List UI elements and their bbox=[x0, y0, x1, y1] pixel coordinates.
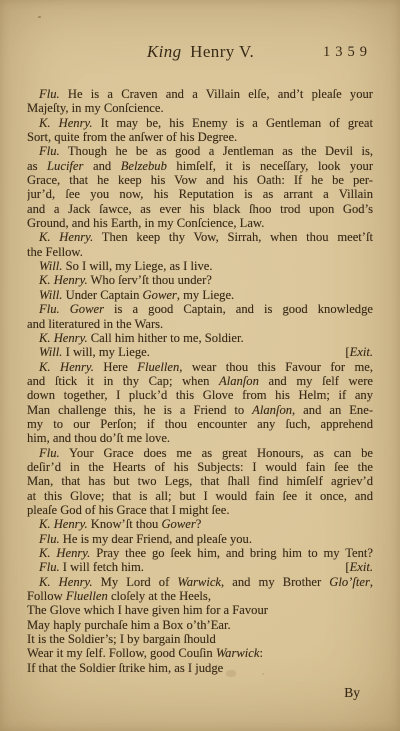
roman-text: : bbox=[259, 646, 263, 660]
italic-text: K. Henry. bbox=[39, 517, 88, 531]
speech-text: Will. I will, my Liege. bbox=[39, 345, 150, 359]
stage-direction-exit: [Exit. bbox=[345, 560, 373, 574]
paper-speck bbox=[38, 16, 41, 18]
roman-text: Under Captain bbox=[62, 288, 142, 302]
roman-text: and a Jack ſawce, as ever his black ſhoo… bbox=[27, 202, 373, 216]
roman-text: Your Grace does me as great Honours, as … bbox=[60, 446, 373, 460]
text-line: K. Henry. My Lord of Warwick, and my Bro… bbox=[27, 575, 373, 589]
roman-text: , bbox=[370, 575, 373, 589]
text-line: him, and thou do’ſt me love. bbox=[27, 431, 373, 445]
italic-text: Exit. bbox=[350, 560, 373, 574]
text-line: K. Henry. It may be, his Enemy is a Gent… bbox=[27, 116, 373, 130]
text-line: Sort, quite from the anſwer of his Degre… bbox=[27, 130, 373, 144]
paper-speck bbox=[110, 666, 113, 668]
roman-text: Ground, and his Earth, in my Conſcience,… bbox=[27, 216, 264, 230]
text-line: Flu. He is a Craven and a Villain elſe, … bbox=[27, 87, 373, 101]
text-line: Wear it my ſelf. Follow, good Couſin War… bbox=[27, 646, 373, 660]
text-line: Man challenge this, he is a Friend to Al… bbox=[27, 403, 373, 417]
roman-text: and bbox=[83, 159, 120, 173]
roman-text: Man, that has but two Legs, that ſhall f… bbox=[27, 474, 373, 488]
roman-text: So I will, my Liege, as I live. bbox=[62, 259, 212, 273]
roman-text: , and an Ene- bbox=[292, 403, 373, 417]
text-line: K. Henry. Then keep thy Vow, Sirrah, whe… bbox=[27, 230, 373, 244]
roman-text: Wear it my ſelf. Follow, good Couſin bbox=[27, 646, 216, 660]
page-header: King Henry V. 1359 bbox=[27, 42, 374, 64]
text-line: Flu. I will fetch him.[Exit. bbox=[27, 560, 373, 574]
text-line: Flu. Though he be as good a Jentleman as… bbox=[27, 144, 373, 158]
roman-text: is a good Captain, and is good knowledge bbox=[104, 302, 373, 316]
roman-text: Call him hither to me, Soldier. bbox=[88, 331, 244, 345]
roman-text: him, and thou do’ſt me love. bbox=[27, 431, 170, 445]
roman-text: Here bbox=[94, 360, 137, 374]
roman-text: I will, my Liege. bbox=[62, 345, 149, 359]
italic-text: K. Henry. bbox=[39, 360, 94, 374]
italic-text: Lucifer bbox=[47, 159, 83, 173]
roman-text: Follow bbox=[27, 589, 66, 603]
roman-text: He is my dear Friend, and pleaſe you. bbox=[60, 532, 252, 546]
text-line: K. Henry. Call him hither to me, Soldier… bbox=[27, 331, 373, 345]
roman-text: down together, I pluck’d this Glove from… bbox=[27, 388, 373, 402]
text-line: May haply purchaſe him a Box o’th’Ear. bbox=[27, 618, 373, 632]
text-line: Flu. He is my dear Friend, and pleaſe yo… bbox=[27, 532, 373, 546]
italic-text: K. Henry. bbox=[39, 116, 93, 130]
roman-text: , wear thou this Favour for me, bbox=[179, 360, 373, 374]
text-line: and ſtick it in thy Cap; when Alanſon an… bbox=[27, 374, 373, 388]
roman-text: himſelf, it is neceſſary, look your bbox=[167, 159, 373, 173]
paper-speck bbox=[262, 673, 264, 675]
roman-text: pleaſe God of his Grace that I might ſee… bbox=[27, 503, 229, 517]
roman-text: If that the Soldier ſtrike him, as I jud… bbox=[27, 661, 223, 675]
italic-text: Warwick bbox=[216, 646, 260, 660]
italic-text: Will. bbox=[39, 345, 62, 359]
roman-text: and my ſelf were bbox=[259, 374, 373, 388]
italic-text: Flu. bbox=[39, 560, 60, 574]
roman-text: jur’d, ſee you now, his Reputation is as… bbox=[27, 187, 373, 201]
roman-text: , my Liege. bbox=[177, 288, 234, 302]
text-line: K. Henry. Here Fluellen, wear thou this … bbox=[27, 360, 373, 374]
text-line: and literatured in the Wars. bbox=[27, 317, 373, 331]
roman-text: My Lord of bbox=[93, 575, 178, 589]
roman-text: my to our Perſon; if thou encounter any … bbox=[27, 417, 373, 431]
text-line: Flu. Your Grace does me as great Honours… bbox=[27, 446, 373, 460]
italic-text: Exit. bbox=[350, 345, 373, 359]
text-line: If that the Soldier ſtrike him, as I jud… bbox=[27, 661, 373, 675]
roman-text: May haply purchaſe him a Box o’th’Ear. bbox=[27, 618, 231, 632]
text-line: The Glove which I have given him for a F… bbox=[27, 603, 373, 617]
text-line: my to our Perſon; if thou encounter any … bbox=[27, 417, 373, 431]
roman-text: Pray thee go ſeek him, and bring him to … bbox=[90, 546, 373, 560]
roman-text: at this Glove; that is all; but I would … bbox=[27, 489, 373, 503]
italic-text: Flu. bbox=[39, 87, 60, 101]
roman-text: deſir’d in the Hearts of his Subjects: I… bbox=[27, 460, 373, 474]
italic-text: Belzebub bbox=[121, 159, 167, 173]
italic-text: Flu. bbox=[39, 144, 60, 158]
roman-text: He is a Craven and a Villain elſe, and’t… bbox=[60, 87, 373, 101]
italic-text: Glo’ſter bbox=[329, 575, 370, 589]
catchword: By bbox=[344, 685, 360, 701]
italic-text: King bbox=[147, 42, 182, 61]
page-number: 1359 bbox=[323, 44, 372, 61]
italic-text: K. Henry. bbox=[39, 230, 93, 244]
roman-text: and ſtick it in thy Cap; when bbox=[27, 374, 219, 388]
text-line: K. Henry. Know’ſt thou Gower? bbox=[27, 517, 373, 531]
text-line: at this Glove; that is all; but I would … bbox=[27, 489, 373, 503]
text-line: pleaſe God of his Grace that I might ſee… bbox=[27, 503, 373, 517]
roman-text: the Fellow. bbox=[27, 245, 83, 259]
roman-text bbox=[60, 302, 70, 316]
italic-text: Fluellen bbox=[137, 360, 179, 374]
italic-text: K. Henry. bbox=[39, 273, 88, 287]
text-line: as Lucifer and Belzebub himſelf, it is n… bbox=[27, 159, 373, 173]
text-line: Flu. Gower is a good Captain, and is goo… bbox=[27, 302, 373, 316]
text-line: and a Jack ſawce, as ever his black ſhoo… bbox=[27, 202, 373, 216]
roman-text: The Glove which I have given him for a F… bbox=[27, 603, 268, 617]
paper-speck bbox=[226, 670, 236, 677]
roman-text: and literatured in the Wars. bbox=[27, 317, 163, 331]
italic-text: Alanſon bbox=[252, 403, 292, 417]
book-page-scan: King Henry V. 1359 Flu. He is a Craven a… bbox=[0, 0, 400, 731]
italic-text: Alanſon bbox=[219, 374, 259, 388]
italic-text: K. Henry. bbox=[39, 575, 93, 589]
text-line: Will. So I will, my Liege, as I live. bbox=[27, 259, 373, 273]
text-line: the Fellow. bbox=[27, 245, 373, 259]
italic-text: K. Henry. bbox=[39, 546, 90, 560]
text-line: It is the Soldier’s; I by bargain ſhould bbox=[27, 632, 373, 646]
italic-text: Gower bbox=[161, 517, 195, 531]
italic-text: K. Henry. bbox=[39, 331, 88, 345]
roman-text: as bbox=[27, 159, 47, 173]
italic-text: Fluellen bbox=[66, 589, 108, 603]
roman-text: cloſely at the Heels, bbox=[108, 589, 211, 603]
italic-text: Will. bbox=[39, 288, 62, 302]
roman-text: ? bbox=[196, 517, 202, 531]
italic-text: Gower bbox=[143, 288, 177, 302]
roman-text: , and my Brother bbox=[221, 575, 329, 589]
text-line: jur’d, ſee you now, his Reputation is as… bbox=[27, 187, 373, 201]
roman-text: Then keep thy Vow, Sirrah, when thou mee… bbox=[93, 230, 373, 244]
roman-text: It is the Soldier’s; I by bargain ſhould bbox=[27, 632, 216, 646]
roman-text: Henry V. bbox=[186, 42, 255, 61]
text-line: Grace, that he keep his Vow and his Oath… bbox=[27, 173, 373, 187]
stage-direction-exit: [Exit. bbox=[345, 345, 373, 359]
speech-text: Flu. I will fetch him. bbox=[39, 560, 144, 574]
text-block: Flu. He is a Craven and a Villain elſe, … bbox=[27, 87, 373, 675]
roman-text: Majeſty, in my Conſcience. bbox=[27, 101, 164, 115]
text-line: Majeſty, in my Conſcience. bbox=[27, 101, 373, 115]
roman-text: It may be, his Enemy is a Gentleman of g… bbox=[93, 116, 373, 130]
roman-text: Grace, that he keep his Vow and his Oath… bbox=[27, 173, 373, 187]
roman-text: Know’ſt thou bbox=[88, 517, 162, 531]
italic-text: Gower bbox=[70, 302, 104, 316]
italic-text: Will. bbox=[39, 259, 62, 273]
roman-text: Sort, quite from the anſwer of his Degre… bbox=[27, 130, 237, 144]
italic-text: Flu. bbox=[39, 446, 60, 460]
roman-text: Who ſerv’ſt thou under? bbox=[88, 273, 212, 287]
paper-speck bbox=[63, 663, 68, 665]
text-line: down together, I pluck’d this Glove from… bbox=[27, 388, 373, 402]
text-line: Man, that has but two Legs, that ſhall f… bbox=[27, 474, 373, 488]
text-line: deſir’d in the Hearts of his Subjects: I… bbox=[27, 460, 373, 474]
italic-text: Flu. bbox=[39, 532, 60, 546]
text-line: Will. I will, my Liege.[Exit. bbox=[27, 345, 373, 359]
italic-text: Warwick bbox=[177, 575, 221, 589]
roman-text: Though he be as good a Jentleman as the … bbox=[60, 144, 373, 158]
text-line: K. Henry. Pray thee go ſeek him, and bri… bbox=[27, 546, 373, 560]
roman-text: Man challenge this, he is a Friend to bbox=[27, 403, 252, 417]
roman-text: I will fetch him. bbox=[60, 560, 144, 574]
text-line: K. Henry. Who ſerv’ſt thou under? bbox=[27, 273, 373, 287]
running-title: King Henry V. bbox=[27, 42, 374, 62]
text-line: Follow Fluellen cloſely at the Heels, bbox=[27, 589, 373, 603]
text-line: Will. Under Captain Gower, my Liege. bbox=[27, 288, 373, 302]
text-line: Ground, and his Earth, in my Conſcience,… bbox=[27, 216, 373, 230]
italic-text: Flu. bbox=[39, 302, 60, 316]
